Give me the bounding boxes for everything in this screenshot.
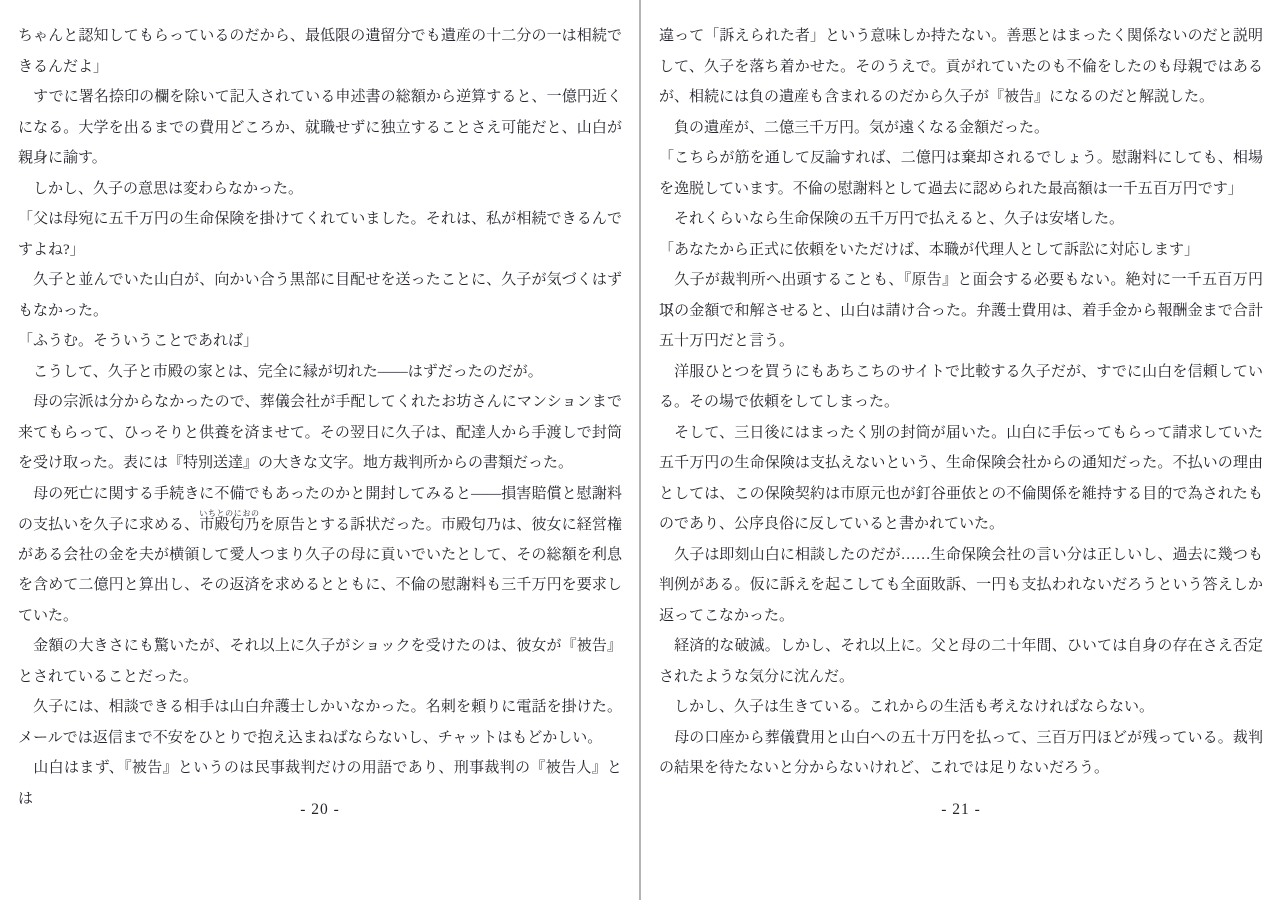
text-line: 久子は即刻山白に相談したのだが……生命保険会社の言い分は正しいし、過去に幾つも bbox=[659, 540, 1263, 571]
text-line: して、久子を落ち着かせた。そのうえで。貢がれていたのも不倫をしたのも母親ではある bbox=[659, 52, 1263, 83]
page-text: ちゃんと認知してもらっているのだから、最低限の遺留分でも遺産の十二分の一は相続で… bbox=[18, 21, 622, 784]
text-line: 洋服ひとつを買うにもあちこちのサイトで比較する久子だが、すでに山白を信頼してい bbox=[659, 357, 1263, 388]
text-line: 「父は母宛に五千万円の生命保険を掛けてくれていました。それは、私が相続できるんで bbox=[18, 204, 622, 235]
text-line: がある会社の金を夫が横領して愛人つまり久子の母に貢いでいたとして、その総額を利息 bbox=[18, 540, 622, 571]
text-line: 判例がある。仮に訴えを起こしても全面敗訴、一円も支払われないだろうという答えしか bbox=[659, 570, 1263, 601]
text-line: 母の死亡に関する手続きに不備でもあったのかと開封してみると――損害賠償と慰謝料 bbox=[18, 479, 622, 510]
text-line: それくらいなら生命保険の五千万円で払えると、久子は安堵した。 bbox=[659, 204, 1263, 235]
text-line: の支払いを久子に求める、市殿匂乃いちとのにおのを原告とする訴状だった。市殿匂乃は… bbox=[18, 509, 622, 540]
text-line: の結果を待たないと分からないけれど、これでは足りないだろう。 bbox=[659, 753, 1263, 784]
text-line: 五千万円の生命保険は支払えないという、生命保険会社からの通知だった。不払いの理由 bbox=[659, 448, 1263, 479]
text-line: 違って「訴えられた者」という意味しか持たない。善悪とはまったく関係ないのだと説明 bbox=[659, 21, 1263, 52]
text-line: を含めて二億円と算出し、その返済を求めるとともに、不倫の慰謝料も三千万円を要求し bbox=[18, 570, 622, 601]
text-line: としては、この保険契約は市原元也が釘谷亜依との不倫関係を維持する目的で為されたも bbox=[659, 479, 1263, 510]
text-line: しかし、久子は生きている。これからの生活も考えなければならない。 bbox=[659, 692, 1263, 723]
page-right: 違って「訴えられた者」という意味しか持たない。善悪とはまったく関係ないのだと説明… bbox=[641, 0, 1280, 900]
text-line: 下の金額で和解させると、山白は請け合った。弁護士費用は、着手金から報酬金まで合計 bbox=[659, 296, 1263, 327]
ruby-annotation: 市殿匂乃いちとのにおの bbox=[199, 517, 259, 533]
text-line: 母の口座から葬儀費用と山白への五十万円を払って、三百万円ほどが残っている。裁判 bbox=[659, 723, 1263, 754]
text-line: ていた。 bbox=[18, 601, 622, 632]
page-number: - 21 - bbox=[659, 801, 1263, 819]
text-line: 「ふうむ。そういうことであれば」 bbox=[18, 326, 622, 357]
text-line: そして、三日後にはまったく別の封筒が届いた。山白に手伝ってもらって請求していた bbox=[659, 418, 1263, 449]
text-line: になる。大学を出るまでの費用どころか、就職せずに独立することさえ可能だと、山白が bbox=[18, 113, 622, 144]
text-line: もなかった。 bbox=[18, 296, 622, 327]
text-line: メールでは返信まで不安をひとりで抱え込まねばならないし、チャットはもどかしい。 bbox=[18, 723, 622, 754]
text-line: 久子には、相談できる相手は山白弁護士しかいなかった。名刺を頼りに電話を掛けた。 bbox=[18, 692, 622, 723]
text-line: 久子が裁判所へ出頭することも、『原告』と面会する必要もない。絶対に一千五百万円以 bbox=[659, 265, 1263, 296]
text-line: を受け取った。表には『特別送達』の大きな文字。地方裁判所からの書類だった。 bbox=[18, 448, 622, 479]
text-line: されたような気分に沈んだ。 bbox=[659, 662, 1263, 693]
text-line: 来てもらって、ひっそりと供養を済ませて。その翌日に久子は、配達人から手渡しで封筒 bbox=[18, 418, 622, 449]
text-line: 返ってこなかった。 bbox=[659, 601, 1263, 632]
text-line: すよね?」 bbox=[18, 235, 622, 266]
text-line: 久子と並んでいた山白が、向かい合う黒部に目配せを送ったことに、久子が気づくはず bbox=[18, 265, 622, 296]
text-line: が、相続には負の遺産も含まれるのだから久子が『被告』になるのだと解説した。 bbox=[659, 82, 1263, 113]
text-line: すでに署名捺印の欄を除いて記入されている申述書の総額から逆算すると、一億円近く bbox=[18, 82, 622, 113]
text-line: しかし、久子の意思は変わらなかった。 bbox=[18, 174, 622, 205]
text-line: 母の宗派は分からなかったので、葬儀会社が手配してくれたお坊さんにマンションまで bbox=[18, 387, 622, 418]
text-line: のであり、公序良俗に反していると書かれていた。 bbox=[659, 509, 1263, 540]
text-line: きるんだよ」 bbox=[18, 52, 622, 83]
text-line: 五十万円だと言う。 bbox=[659, 326, 1263, 357]
page-text: 違って「訴えられた者」という意味しか持たない。善悪とはまったく関係ないのだと説明… bbox=[659, 21, 1263, 784]
text-line: 金額の大きさにも驚いたが、それ以上に久子がショックを受けたのは、彼女が『被告』 bbox=[18, 631, 622, 662]
page-left: ちゃんと認知してもらっているのだから、最低限の遺留分でも遺産の十二分の一は相続で… bbox=[0, 0, 639, 900]
text-line: 「あなたから正式に依頼をいただけば、本職が代理人として訴訟に対応します」 bbox=[659, 235, 1263, 266]
page-number: - 20 - bbox=[18, 801, 622, 819]
text-line: 親身に諭す。 bbox=[18, 143, 622, 174]
text-line: 「こちらが筋を通して反論すれば、二億円は棄却されるでしょう。慰謝料にしても、相場 bbox=[659, 143, 1263, 174]
book-spread: ちゃんと認知してもらっているのだから、最低限の遺留分でも遺産の十二分の一は相続で… bbox=[0, 0, 1280, 900]
text-line: 経済的な破滅。しかし、それ以上に。父と母の二十年間、ひいては自身の存在さえ否定 bbox=[659, 631, 1263, 662]
text-line: 山白はまず、『被告』というのは民事裁判だけの用語であり、刑事裁判の『被告人』とは bbox=[18, 753, 622, 784]
text-line: とされていることだった。 bbox=[18, 662, 622, 693]
text-line: ちゃんと認知してもらっているのだから、最低限の遺留分でも遺産の十二分の一は相続で bbox=[18, 21, 622, 52]
text-line: 負の遺産が、二億三千万円。気が遠くなる金額だった。 bbox=[659, 113, 1263, 144]
text-line: る。その場で依頼をしてしまった。 bbox=[659, 387, 1263, 418]
text-line: こうして、久子と市殿の家とは、完全に縁が切れた――はずだったのだが。 bbox=[18, 357, 622, 388]
text-line: を逸脱しています。不倫の慰謝料として過去に認められた最高額は一千五百万円です」 bbox=[659, 174, 1263, 205]
